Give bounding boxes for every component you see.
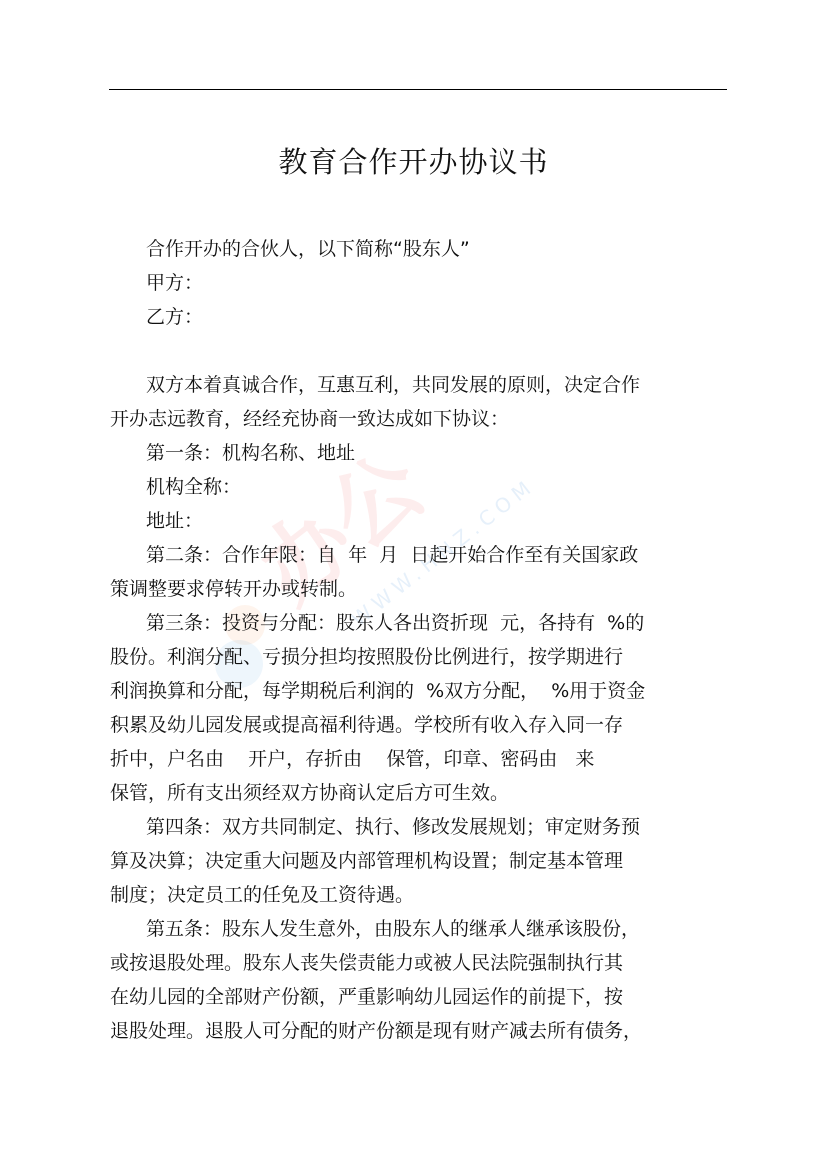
text-line: 策调整要求停转开办或转制。 [110,572,730,606]
text-line: 制度；决定员工的任免及工资待遇。 [110,878,730,912]
text-line: 算及决算；决定重大问题及内部管理机构设置；制定基本管理 [110,844,730,878]
text-line: 甲方： [110,266,730,300]
text-line: 机构全称： [110,470,730,504]
document-page: 教育合作开办协议书 办公 WWW.HNZ.COM 合作开办的合伙人，以下简称“股… [0,0,827,1169]
text-line: 第三条：投资与分配：股东人各出资折现 元，各持有 %的 [110,606,730,640]
text-line: 开办志远教育，经经充协商一致达成如下协议： [110,402,730,436]
text-line: 乙方： [110,300,730,334]
text-line: 股份。利润分配、亏损分担均按照股份比例进行，按学期进行 [110,640,730,674]
text-line: 第一条：机构名称、地址 [110,436,730,470]
document-title: 教育合作开办协议书 [0,140,827,181]
text-line: 第二条：合作年限：自 年 月 日起开始合作至有关国家政 [110,538,730,572]
header-rule [109,89,727,90]
text-line: 积累及幼儿园发展或提高福利待遇。学校所有收入存入同一存 [110,708,730,742]
document-body: 合作开办的合伙人，以下简称“股东人”甲方：乙方：双方本着真诚合作，互惠互利，共同… [110,232,730,1048]
text-line: 合作开办的合伙人，以下简称“股东人” [110,232,730,266]
text-line: 保管，所有支出须经双方协商认定后方可生效。 [110,776,730,810]
text-line: 地址： [110,504,730,538]
text-line: 退股处理。退股人可分配的财产份额是现有财产减去所有债务， [110,1014,730,1048]
text-line: 双方本着真诚合作，互惠互利，共同发展的原则，决定合作 [110,368,730,402]
text-line: 折中，户名由 开户，存折由 保管，印章、密码由 来 [110,742,730,776]
blank-line [110,334,730,368]
text-line: 第四条：双方共同制定、执行、修改发展规划；审定财务预 [110,810,730,844]
text-line: 或按退股处理。股东人丧失偿责能力或被人民法院强制执行其 [110,946,730,980]
text-line: 第五条：股东人发生意外，由股东人的继承人继承该股份， [110,912,730,946]
text-line: 在幼儿园的全部财产份额，严重影响幼儿园运作的前提下，按 [110,980,730,1014]
text-line: 利润换算和分配，每学期税后利润的 %双方分配， %用于资金 [110,674,730,708]
